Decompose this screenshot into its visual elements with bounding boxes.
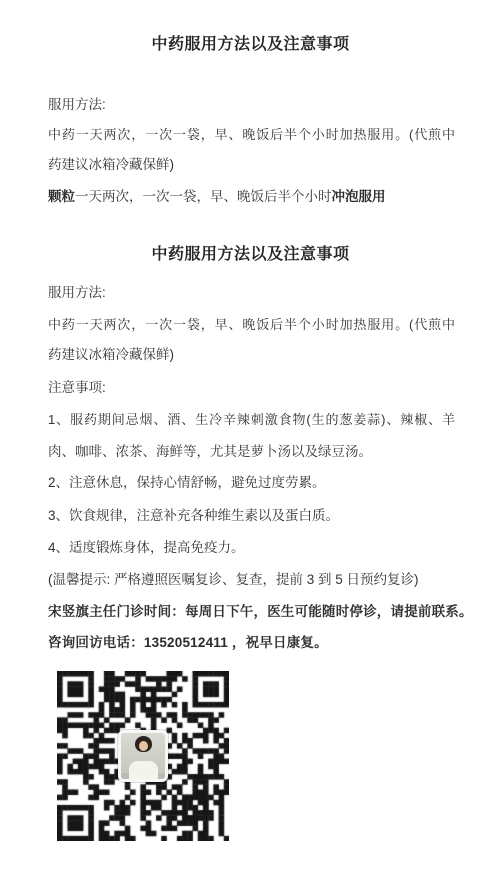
section2-decoction-line2: 药建议冰箱冷藏保鲜) <box>48 344 455 366</box>
clinic-hours-line: 宋竖旗主任门诊时间：每周日下午，医生可能随时停诊，请提前联系。 <box>48 601 455 623</box>
doctor-portrait-photo <box>118 730 168 782</box>
phone-label: 咨询回访电话： <box>48 635 144 650</box>
document-page: 中药服用方法以及注意事项 服用方法: 中药一天两次，一次一袋，早、晚饭后半个小时… <box>0 0 501 869</box>
section2-title: 中药服用方法以及注意事项 <box>0 244 501 266</box>
section1-granule-line: 颗粒一天两次，一次一袋，早、晚饭后半个小时冲泡服用 <box>48 186 455 208</box>
note4: 4、适度锻炼身体，提高免疫力。 <box>48 537 455 559</box>
note1-line1: 1、服药期间忌烟、酒、生冷辛辣刺激食物(生的葱姜蒜)、辣椒、羊 <box>48 409 455 431</box>
section2-usage-heading: 服用方法: <box>48 282 455 304</box>
note1-line2: 肉、咖啡、浓茶、海鲜等，尤其是萝卜汤以及绿豆汤。 <box>48 441 455 463</box>
section1-usage-heading: 服用方法: <box>48 94 455 116</box>
section1-decoction-line1: 中药一天两次，一次一袋，早、晚饭后半个小时加热服用。(代煎中 <box>48 124 455 146</box>
note3: 3、饮食规律，注意补充各种维生素以及蛋白质。 <box>48 505 455 527</box>
qr-code <box>57 671 229 841</box>
granule-word: 颗粒 <box>48 189 75 204</box>
granule-middle: 一天两次，一次一袋，早、晚饭后半个小时 <box>75 189 332 204</box>
section1-decoction-line2: 药建议冰箱冷藏保鲜) <box>48 154 455 176</box>
phone-suffix: ，祝早日康复。 <box>228 635 328 650</box>
granule-brew-bold: 冲泡服用 <box>332 189 386 204</box>
section2-decoction-line1: 中药一天两次，一次一袋，早、晚饭后半个小时加热服用。(代煎中 <box>48 314 455 336</box>
photo-face-shape <box>139 741 148 751</box>
photo-white-coat-shape <box>129 761 158 779</box>
note2: 2、注意休息，保持心情舒畅，避免过度劳累。 <box>48 472 455 494</box>
section1-title: 中药服用方法以及注意事项 <box>0 34 501 56</box>
phone-number: 13520512411 <box>144 635 228 650</box>
phone-line: 咨询回访电话：13520512411 ，祝早日康复。 <box>48 632 455 654</box>
reminder-note: (温馨提示: 严格遵照医嘱复诊、复查，提前 3 到 5 日预约复诊) <box>48 569 455 591</box>
notes-heading: 注意事项: <box>48 377 455 399</box>
